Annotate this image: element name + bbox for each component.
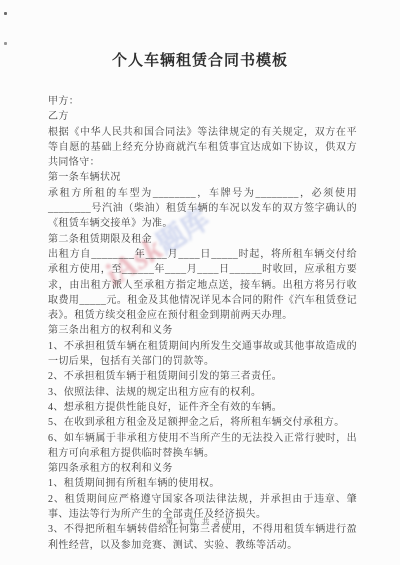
scan-speck [4, 12, 7, 15]
paragraph-clause-item: 1、租赁期间拥有所租车辆的使用权。 [48, 476, 357, 491]
paragraph-clause-item: 2、不承担租赁车辆于租赁期间引发的第三者责任。 [48, 369, 357, 384]
scan-speck [4, 42, 7, 45]
paragraph-clause-body: 出租方自________年____月____日_____时起，将所租车辆交付给承… [48, 247, 357, 323]
paragraph-clause-heading: 第三条出租方的权利和义务 [48, 323, 357, 338]
paragraph-clause-item: 6、如车辆属于非承租方使用不当所产生的无法投入正常行驶时，出租方可向承租方提供临… [48, 431, 357, 462]
page-title: 个人车辆租赁合同书模板 [0, 49, 400, 70]
contract-page: 个人车辆租赁合同书模板 iAsk题库 甲方：乙方根据《中华人民共和国合同法》等法… [0, 0, 400, 565]
paragraph-clause-item: 1、不承担租赁车辆在租赁期间内所发生交通事故或其他事故造成的一切后果，包括有关部… [48, 339, 357, 370]
paragraph-party-line: 甲方： [48, 94, 357, 109]
paragraph-clause-body: 承租方所租的车型为________，车牌号为________，必须使用_____… [48, 186, 357, 232]
contract-body: 甲方：乙方根据《中华人民共和国合同法》等法律规定的有关规定，双方在平等自愿的基础… [48, 94, 357, 553]
paragraph-clause-item: 5、在收到承租方租金及足额押金之后，将所租车辆交付承租方。 [48, 415, 357, 430]
paragraph-clause-heading: 第二条租赁期限及租金 [48, 232, 357, 247]
paragraph-clause-item: 3、依照法律、法规的规定出租方应有的权利。 [48, 385, 357, 400]
paragraph-clause-heading: 第一条车辆状况 [48, 170, 357, 185]
paragraph-party-line: 乙方 [48, 109, 357, 124]
paragraph-preamble: 根据《中华人民共和国合同法》等法律规定的有关规定，双方在平等自愿的基础上经充分协… [48, 125, 357, 171]
paragraph-clause-item: 4、想承租方提供性能良好，证件齐全有效的车辆。 [48, 400, 357, 415]
page-footer: 第 1 页 共 5 页 [0, 516, 400, 527]
paragraph-clause-heading: 第四条承租方的权利和义务 [48, 461, 357, 476]
